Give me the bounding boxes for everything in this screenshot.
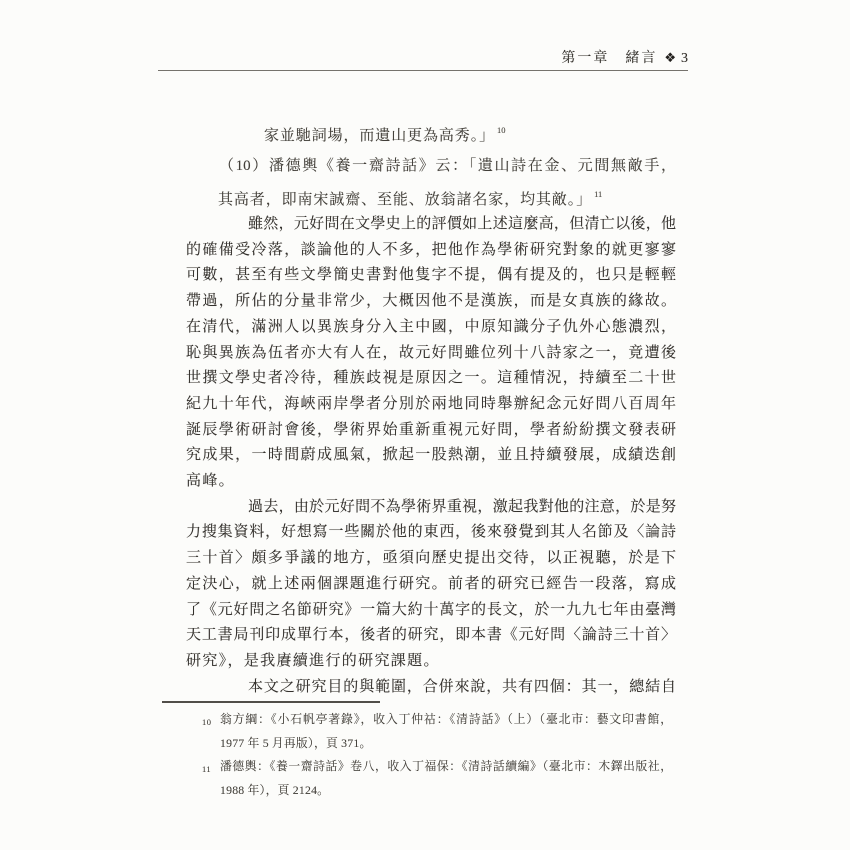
body-line: 恥與異族為伍者亦大有人在，故元好問雖位列十八詩家之一，竟遭後 — [186, 341, 676, 367]
body-line: 過去，由於元好問不為學術界重視，激起我對他的注意，於是努 — [186, 495, 676, 521]
footnote-reference: 10 — [497, 125, 506, 135]
body-line: 研究》，是我賡續進行的研究課題。 — [186, 649, 676, 675]
body-line: 本文之研究目的與範圍，合併來說，共有四個：其一，總結自 — [186, 675, 676, 701]
quote-line-text: （10）潘德輿《養一齋詩話》云：「遺山詩在金、元間無敵手， — [219, 158, 676, 174]
quote-line: 其高者，即南宋誠齋、至能、放翁諸名家，均其敵。」11 — [186, 181, 676, 216]
footnote-line: 1988 年），頁 2124。 — [220, 779, 672, 803]
footnote: 10翁方綱：《小石帆亭著錄》，收入丁仲祜：《清詩話》（上）（臺北市：藝文印書館，… — [220, 708, 672, 755]
footnotes: 10翁方綱：《小石帆亭著錄》，收入丁仲祜：《清詩話》（上）（臺北市：藝文印書館，… — [220, 708, 672, 802]
running-header: 第一章 緒言❖3 — [561, 47, 688, 67]
body-line: 定決心，就上述兩個課題進行研究。前者的研究已經告一段落，寫成 — [186, 572, 676, 598]
chapter-heading: 第一章 緒言 — [561, 51, 657, 66]
body-line: 高峰。 — [186, 469, 676, 495]
footnote-marker: 10 — [202, 711, 212, 735]
body-line: 雖然，元好問在文學史上的評價如上述這麼高，但清亡以後，他 — [186, 212, 676, 238]
body-line: 誕辰學術研討會後，學術界始重新重視元好問，學者紛紛撰文發表研 — [186, 418, 676, 444]
footnote-marker: 11 — [202, 758, 211, 782]
page-number: 3 — [681, 51, 688, 66]
body-line: 究成果，一時間蔚成風氣，掀起一股熱潮，並且持續發展，成績迭創 — [186, 443, 676, 469]
book-page: 第一章 緒言❖3 家並馳詞場，而遺山更為高秀。」10（10）潘德輿《養一齋詩話》… — [0, 0, 850, 850]
body-line: 的確備受冷落，談論他的人不多，把他作為學術研究對象的就更寥寥 — [186, 238, 676, 264]
body-line: 了《元好問之名節研究》一篇大約十萬字的長文，於一九九七年由臺灣 — [186, 598, 676, 624]
body-line: 可數，甚至有些文學簡史書對他隻字不提，偶有提及的，也只是輕輕 — [186, 263, 676, 289]
body-line: 在清代，滿洲人以異族身分入主中國，中原知識分子仇外心態濃烈， — [186, 315, 676, 341]
body-line: 世撰文學史者冷待，種族歧視是原因之一。這種情況，持續至二十世 — [186, 366, 676, 392]
body-line: 帶過，所佔的分量非常少，大概因他不是漢族，而是女真族的緣故。 — [186, 289, 676, 315]
body-line: 紀九十年代，海峽兩岸學者分別於兩地同時舉辦紀念元好問八百周年 — [186, 392, 676, 418]
diamond-ornament-icon: ❖ — [664, 50, 676, 65]
footnote-separator — [162, 701, 380, 703]
footnote-line: 1977 年 5 月再版），頁 371。 — [220, 732, 672, 756]
header-rule — [158, 70, 688, 71]
quote-line-text: 家並馳詞場，而遺山更為高秀。」 — [264, 128, 495, 144]
body-line: 力搜集資料，好想寫一些關於他的東西，後來發覺到其人名節及〈論詩 — [186, 520, 676, 546]
body-line: 三十首〉頗多爭議的地方，亟須向歷史提出交待，以正視聽，於是下 — [186, 546, 676, 572]
quote-line-text: 其高者，即南宋誠齋、至能、放翁諸名家，均其敵。」 — [218, 192, 592, 208]
footnote-line: 翁方綱：《小石帆亭著錄》，收入丁仲祜：《清詩話》（上）（臺北市：藝文印書館， — [220, 708, 672, 732]
block-quote: 家並馳詞場，而遺山更為高秀。」10（10）潘德輿《養一齋詩話》云：「遺山詩在金、… — [186, 117, 676, 216]
footnote: 11潘德輿：《養一齋詩話》卷八，收入丁福保：《清詩話續編》（臺北市：木鐸出版社，… — [220, 755, 672, 802]
footnote-reference: 11 — [594, 189, 602, 199]
body-text: 雖然，元好問在文學史上的評價如上述這麼高，但清亡以後，他的確備受冷落，談論他的人… — [186, 212, 676, 700]
quote-line: 家並馳詞場，而遺山更為高秀。」10 — [186, 117, 676, 152]
quote-line: （10）潘德輿《養一齋詩話》云：「遺山詩在金、元間無敵手， — [186, 152, 676, 182]
footnote-line: 潘德輿：《養一齋詩話》卷八，收入丁福保：《清詩話續編》（臺北市：木鐸出版社， — [220, 755, 672, 779]
body-line: 天工書局刊印成單行本，後者的研究，即本書《元好問〈論詩三十首〉 — [186, 623, 676, 649]
